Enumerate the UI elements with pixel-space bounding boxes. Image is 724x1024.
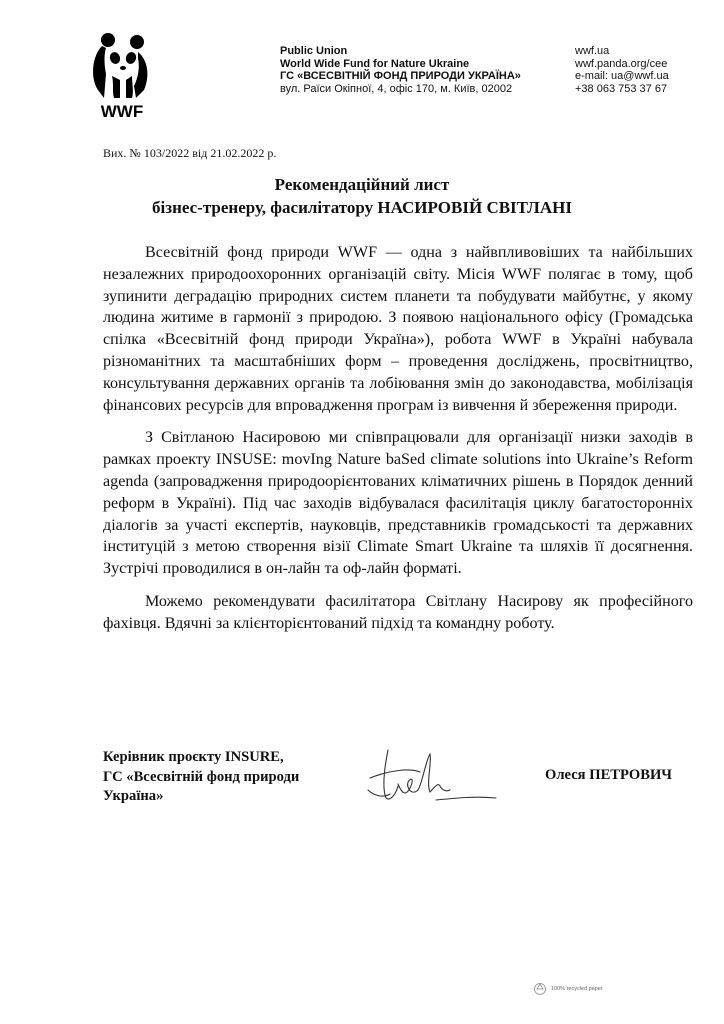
signer-position: Керівник проєкту INSURE, ГС «Всесвітній … <box>103 748 299 807</box>
org-address: вул. Раїси Окіпної, 4, офіс 170, м. Київ… <box>280 83 521 96</box>
org-name-ua: ГС «ВСЕСВІТНІЙ ФОНД ПРИРОДИ УКРАЇНА» <box>280 70 521 83</box>
letter-subtitle: бізнес-тренеру, фасилітатору НАСИРОВІЙ С… <box>0 198 724 218</box>
paragraph: З Світланою Насировою ми співпрацювали д… <box>103 427 693 580</box>
letter-title: Рекомендаційний лист <box>0 175 724 195</box>
handwritten-signature <box>360 740 500 810</box>
recycled-paper-note: 100% recycled paper <box>533 982 603 996</box>
panda-icon: WWF <box>90 28 154 120</box>
letter-page: WWF Public Union World Wide Fund for Nat… <box>0 0 724 1024</box>
outgoing-reference: Вих. № 103/2022 від 21.02.2022 р. <box>103 146 276 161</box>
org-name-en: World Wide Fund for Nature Ukraine <box>280 58 521 71</box>
email-link[interactable]: e-mail: ua@wwf.ua <box>575 70 669 83</box>
website-link[interactable]: wwf.ua <box>575 45 669 58</box>
website2-link[interactable]: wwf.panda.org/cee <box>575 58 669 71</box>
letter-body: Всесвітній фонд природи WWF — одна з най… <box>103 242 693 646</box>
recycled-label: 100% recycled paper <box>551 986 603 992</box>
contacts-block: wwf.ua wwf.panda.org/cee e-mail: ua@wwf.… <box>575 45 669 95</box>
paragraph: Всесвітній фонд природи WWF — одна з най… <box>103 242 693 416</box>
wwf-panda-logo: WWF <box>90 28 154 120</box>
paragraph: Можемо рекомендувати фасилітатора Світла… <box>103 591 693 635</box>
organization-block: Public Union World Wide Fund for Nature … <box>280 45 521 95</box>
phone-number: +38 063 753 37 67 <box>575 83 669 96</box>
position-line: Керівник проєкту INSURE, <box>103 748 299 768</box>
svg-text:WWF: WWF <box>101 102 143 120</box>
recycle-icon <box>533 982 547 996</box>
org-type: Public Union <box>280 45 521 58</box>
signer-name: Олеся ПЕТРОВИЧ <box>545 767 672 784</box>
position-line: ГС «Всесвітній фонд природи <box>103 768 299 788</box>
position-line: Україна» <box>103 787 299 807</box>
